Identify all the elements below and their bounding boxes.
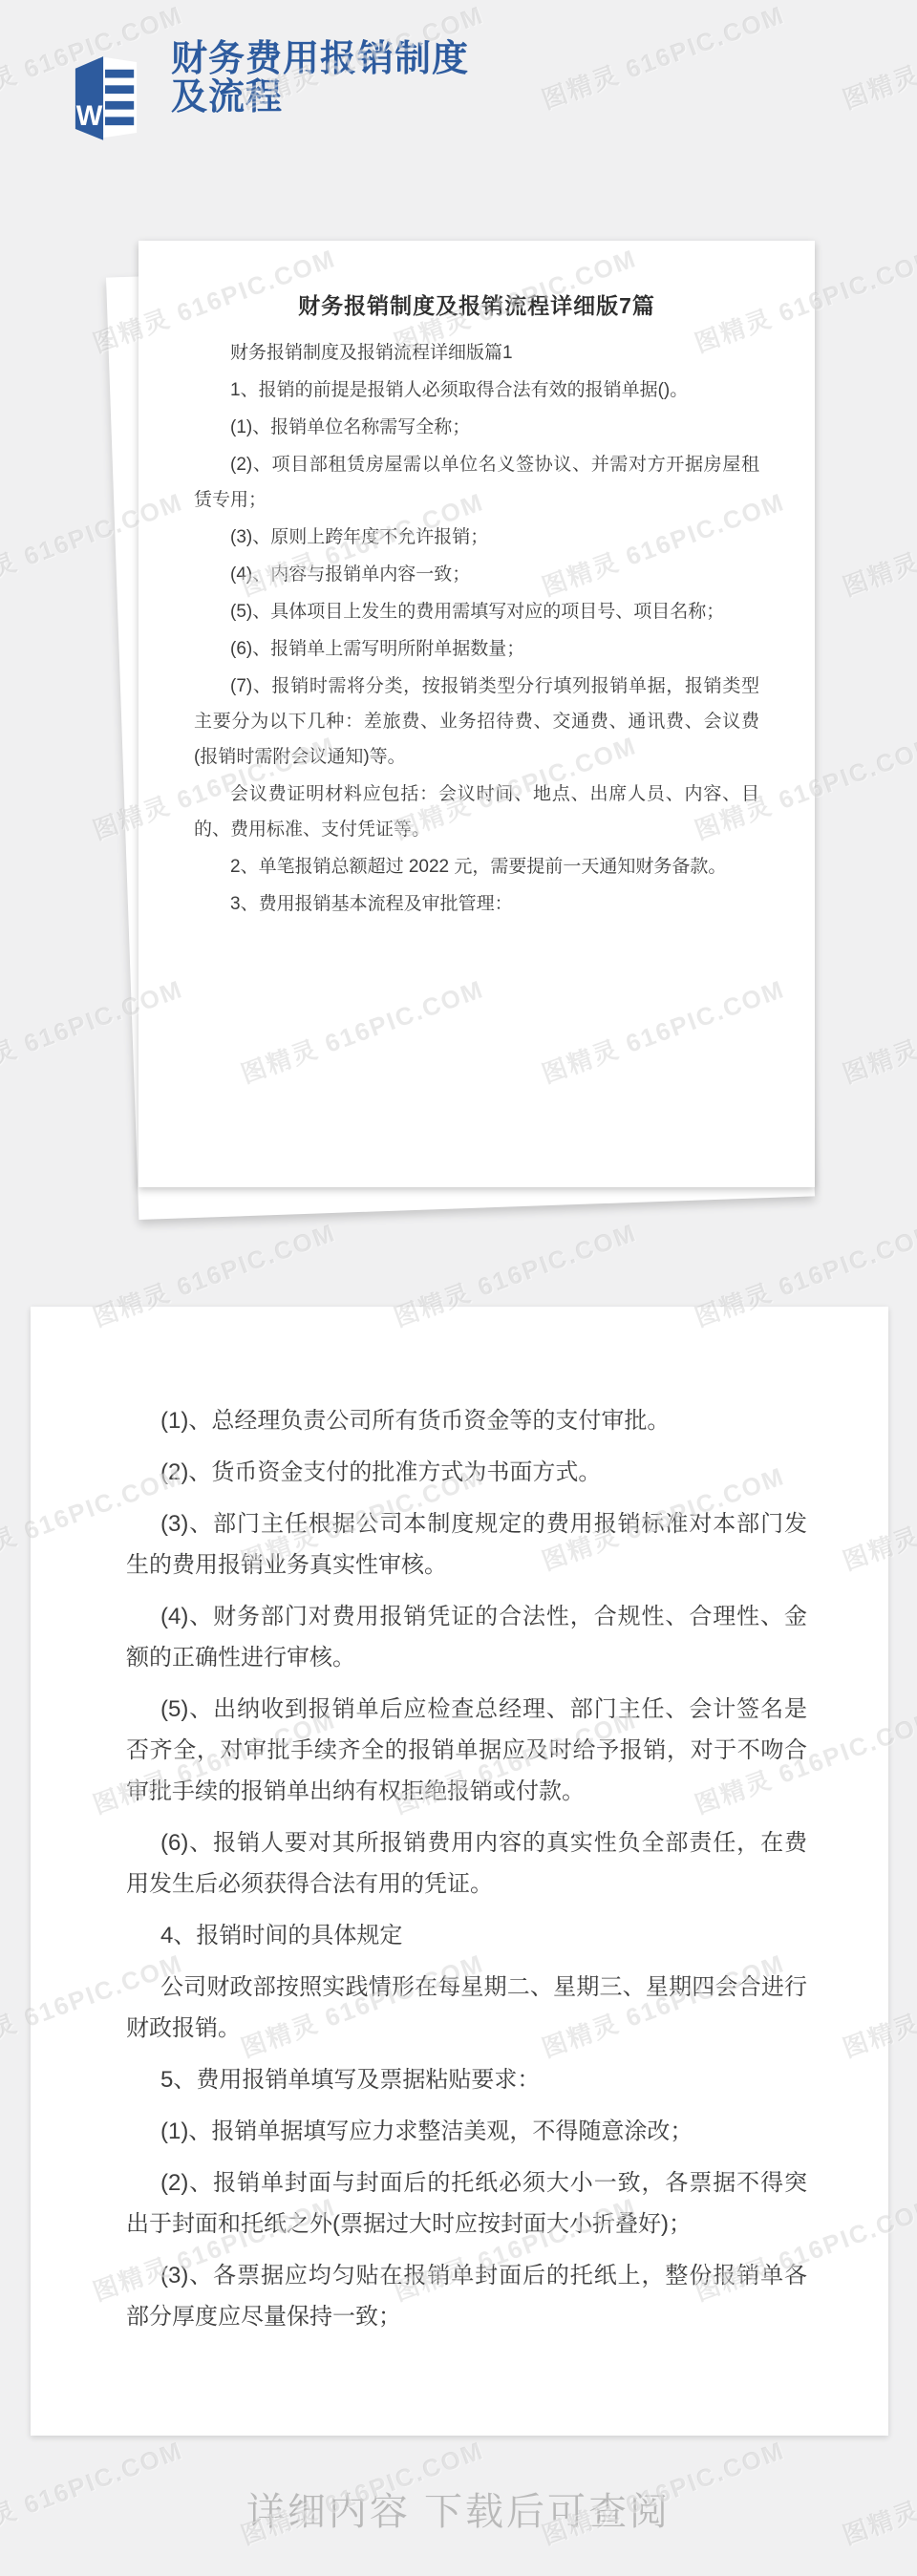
doc-paragraph: (1)、总经理负责公司所有货币资金等的支付审批。 bbox=[126, 1400, 807, 1441]
doc-paragraph: 公司财政部按照实践情形在每星期二、星期三、星期四会合进行财政报销。 bbox=[126, 1967, 807, 2049]
word-file-icon: W bbox=[72, 50, 140, 143]
header: W 财务费用报销制度 及流程 bbox=[72, 40, 469, 143]
doc-paragraph: (2)、报销单封面与封面后的托纸必须大小一致，各票据不得突出于封面和托纸之外(票… bbox=[126, 2162, 807, 2245]
watermark: 图精灵 616PIC.COM bbox=[537, 0, 789, 117]
doc-paragraph: (1)、报销单据填写应力求整洁美观，不得随意涂改； bbox=[126, 2111, 807, 2152]
doc-paragraph: 5、费用报销单填写及票据粘贴要求： bbox=[126, 2059, 807, 2100]
doc-paragraph: (6)、报销单上需写明所附单据数量； bbox=[194, 631, 759, 667]
doc-paragraph: 财务报销制度及报销流程详细版篇1 bbox=[194, 335, 759, 371]
document-title: 财务报销制度及报销流程详细版7篇 bbox=[194, 288, 759, 320]
page-title-line1: 财务费用报销制度 bbox=[171, 40, 469, 78]
doc-paragraph: (4)、内容与报销单内容一致； bbox=[194, 557, 759, 592]
doc-paragraph: 3、费用报销基本流程及审批管理： bbox=[194, 886, 759, 922]
document-page-1-content: 财务报销制度及报销流程详细版7篇 财务报销制度及报销流程详细版篇11、报销的前提… bbox=[139, 241, 815, 922]
doc-paragraph: (2)、货币资金支付的批准方式为书面方式。 bbox=[126, 1452, 807, 1493]
doc-paragraph: (7)、报销时需将分类，按报销类型分行填列报销单据，报销类型主要分为以下几种：差… bbox=[194, 669, 759, 775]
doc-paragraph: 2、单笔报销总额超过 2022 元，需要提前一天通知财务备款。 bbox=[194, 849, 759, 884]
document-page-2-content: (1)、总经理负责公司所有货币资金等的支付审批。(2)、货币资金支付的批准方式为… bbox=[31, 1307, 888, 2337]
document-page-2: (1)、总经理负责公司所有货币资金等的支付审批。(2)、货币资金支付的批准方式为… bbox=[31, 1307, 888, 2436]
document-page-1: 财务报销制度及报销流程详细版7篇 财务报销制度及报销流程详细版篇11、报销的前提… bbox=[139, 241, 815, 1187]
doc-paragraph: (3)、部门主任根据公司本制度规定的费用报销标准对本部门发生的费用报销业务真实性… bbox=[126, 1503, 807, 1586]
doc-paragraph: (5)、出纳收到报销单后应检查总经理、部门主任、会计签名是否齐全，对审批手续齐全… bbox=[126, 1689, 807, 1812]
doc-paragraph: (2)、项目部租赁房屋需以单位名义签协议、并需对方开据房屋租赁专用； bbox=[194, 447, 759, 518]
doc-paragraph: (4)、财务部门对费用报销凭证的合法性，合规性、合理性、金额的正确性进行审核。 bbox=[126, 1596, 807, 1678]
watermark: 图精灵 616PIC.COM bbox=[838, 0, 917, 117]
doc-paragraph: (5)、具体项目上发生的费用需填写对应的项目号、项目名称； bbox=[194, 594, 759, 629]
page-title: 财务费用报销制度 及流程 bbox=[171, 40, 469, 143]
doc-paragraph: (1)、报销单位名称需写全称； bbox=[194, 410, 759, 445]
watermark: 图精灵 616PIC.COM bbox=[838, 482, 917, 603]
page-title-line2: 及流程 bbox=[171, 78, 469, 117]
doc-paragraph: (3)、原则上跨年度不允许报销； bbox=[194, 520, 759, 555]
watermark: 图精灵 616PIC.COM bbox=[838, 969, 917, 1090]
document-page-2-body: (1)、总经理负责公司所有货币资金等的支付审批。(2)、货币资金支付的批准方式为… bbox=[126, 1400, 807, 2337]
doc-paragraph: 会议费证明材料应包括：会议时间、地点、出席人员、内容、目的、费用标准、支付凭证等… bbox=[194, 777, 759, 847]
doc-paragraph: 1、报销的前提是报销人必须取得合法有效的报销单据()。 bbox=[194, 373, 759, 408]
word-icon-letter: W bbox=[76, 101, 103, 132]
doc-paragraph: 4、报销时间的具体规定 bbox=[126, 1915, 807, 1956]
doc-paragraph: (6)、报销人要对其所报销费用内容的真实性负全部责任，在费用发生后必须获得合法有… bbox=[126, 1822, 807, 1905]
download-hint-text: 详细内容 下载后可查阅 bbox=[0, 2481, 917, 2536]
doc-paragraph: (3)、各票据应均匀贴在报销单封面后的托纸上，整份报销单各部分厚度应尽量保持一致… bbox=[126, 2255, 807, 2337]
document-page-1-body: 财务报销制度及报销流程详细版篇11、报销的前提是报销人必须取得合法有效的报销单据… bbox=[194, 335, 759, 922]
